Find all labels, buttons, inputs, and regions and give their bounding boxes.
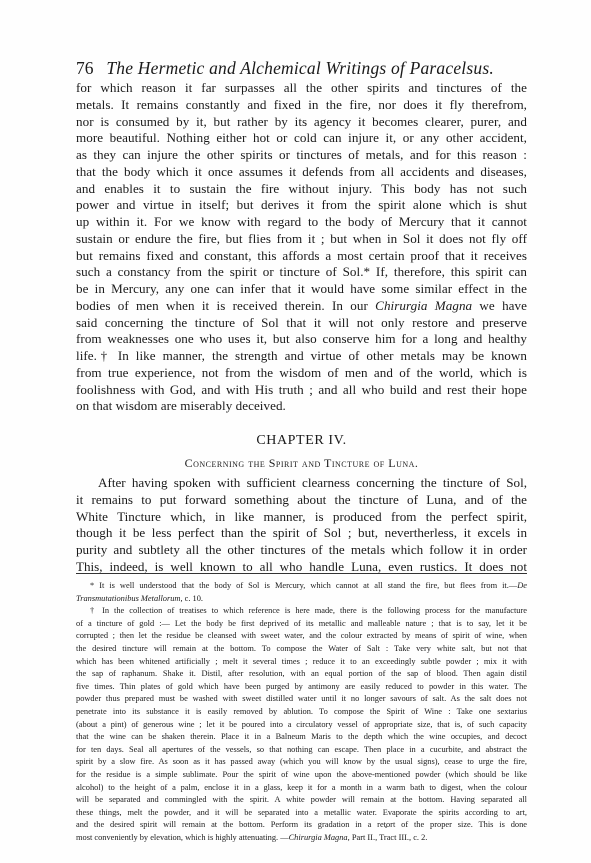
footnote-1-text: * It is well understood that the body of…: [90, 581, 517, 590]
footnote-2-line: five times. Thin plates of gold which ha…: [76, 681, 527, 694]
body-text-segment: we have: [472, 298, 527, 313]
body-line: more beautiful. Nothing either hot or co…: [76, 130, 527, 147]
body-line: for which reason it far surpasses all th…: [76, 80, 527, 97]
footnote-2-line: of a tincture of gold :— Let the body be…: [76, 618, 527, 631]
citation-chirurgia-magna: Chirurgia Magna: [375, 298, 472, 313]
footnotes: * It is well understood that the body of…: [76, 580, 527, 844]
chapter-heading: CHAPTER IV.: [76, 432, 527, 450]
footnote-2-cite: Chirurgia Magna: [289, 833, 348, 842]
footnote-2-line: alcohol) to the height of a palm, enclos…: [76, 782, 527, 795]
body-line: on that wisdom are miserably deceived.: [76, 398, 527, 415]
body-line: power and virtue in itself; but derives …: [76, 197, 527, 214]
body-line: metals. It remains constantly and fixed …: [76, 97, 527, 114]
page-number: 76: [76, 57, 102, 79]
footnote-2-line: penetrate into its substance it is easil…: [76, 706, 527, 719]
footnote-2-line: that the wine can be shaken therein. Pla…: [76, 731, 527, 744]
footnote-1-cite: Transmutationibus Metallorum: [76, 594, 180, 603]
footnote-2-line: will be separated and commingled with th…: [76, 794, 527, 807]
body-line: said concerning the tincture of Sol that…: [76, 315, 527, 332]
footnote-2-line: spirit by a slow fire. As soon as it has…: [76, 756, 527, 769]
footnote-2-text: most conveniently by elevation, which is…: [76, 833, 289, 842]
footnote-1-line: Transmutationibus Metallorum, c. 10.: [76, 593, 527, 606]
footnote-2-line: the sap of raphanum. Shake it. Distil, a…: [76, 668, 527, 681]
footnote-divider: [76, 573, 527, 574]
footnote-1-cite: De: [517, 581, 527, 590]
book-title: The Hermetic and Alchemical Writings of …: [106, 58, 494, 78]
chapter-title-block: CHAPTER IV. Concerning the Spirit and Ti…: [76, 432, 527, 471]
body-line: such a constancy from the spirit or tinc…: [76, 264, 527, 281]
body-line: but remains fixed and constant, this aff…: [76, 248, 527, 265]
chapter-line: though it be less perfect than the spiri…: [76, 525, 527, 542]
footnote-2-line: most conveniently by elevation, which is…: [76, 832, 527, 845]
body-text-segment: bodies of men when it is received therei…: [76, 298, 375, 313]
print-speck: [385, 826, 387, 828]
body-text: for which reason it far surpasses all th…: [76, 80, 527, 415]
body-line: sustain or endure the fire, but flies fr…: [76, 231, 527, 248]
chapter-line: it remains to put forward something abou…: [76, 492, 527, 509]
footnote-2-line: which has been whitened artificially ; m…: [76, 656, 527, 669]
footnote-2-line: for ten days. Seal all apertures of the …: [76, 744, 527, 757]
body-line: that the body which it once assumes it d…: [76, 164, 527, 181]
footnote-2-line: † In the collection of treatises to whic…: [76, 605, 527, 618]
body-line-with-citation: bodies of men when it is received therei…: [76, 298, 527, 315]
book-page: 76 The Hermetic and Alchemical Writings …: [0, 0, 591, 863]
chapter-line: After having spoken with sufficient clea…: [76, 475, 527, 492]
body-line: nor is consumed by it, but rather by its…: [76, 114, 527, 131]
footnote-2-line: these things, melt the powder, and it wi…: [76, 807, 527, 820]
footnote-2-line: corrupted ; then let the residue be clea…: [76, 630, 527, 643]
footnote-2-line: (about a pint) of generous wine ; let it…: [76, 719, 527, 732]
body-line: as they can injure the other spirits or …: [76, 147, 527, 164]
chapter-line: White Tincture which, in like manner, is…: [76, 509, 527, 526]
body-line: from weaknesses one who uses it, but als…: [76, 331, 527, 348]
body-line: life.† In like manner, the strength and …: [76, 348, 527, 365]
footnote-1-tail: , c. 10.: [180, 594, 203, 603]
footnote-2-line: for the residue is a simple sublimate. P…: [76, 769, 527, 782]
footnote-2-line: the desired tincture will remain at the …: [76, 643, 527, 656]
running-head: 76 The Hermetic and Alchemical Writings …: [76, 57, 536, 79]
body-line: and enables it to sustain the fire witho…: [76, 181, 527, 198]
body-line: foolishness with God, and with His truth…: [76, 382, 527, 399]
footnote-1-line: * It is well understood that the body of…: [76, 580, 527, 593]
footnote-2-line: and the desired spirit will remain at th…: [76, 819, 527, 832]
footnote-2-line: powder thus prepared must be washed with…: [76, 693, 527, 706]
chapter-line: purity and subtlety all the other tinctu…: [76, 542, 527, 559]
footnote-2-tail: , Part II., Tract III., c. 2.: [348, 833, 428, 842]
body-line: from true experience, not from the wisdo…: [76, 365, 527, 382]
chapter-subheading: Concerning the Spirit and Tincture of Lu…: [76, 455, 527, 471]
chapter-body-text: After having spoken with sufficient clea…: [76, 475, 527, 576]
body-line: be in Mercury, any one can infer that it…: [76, 281, 527, 298]
body-line: up within it. For we know with regard to…: [76, 214, 527, 231]
